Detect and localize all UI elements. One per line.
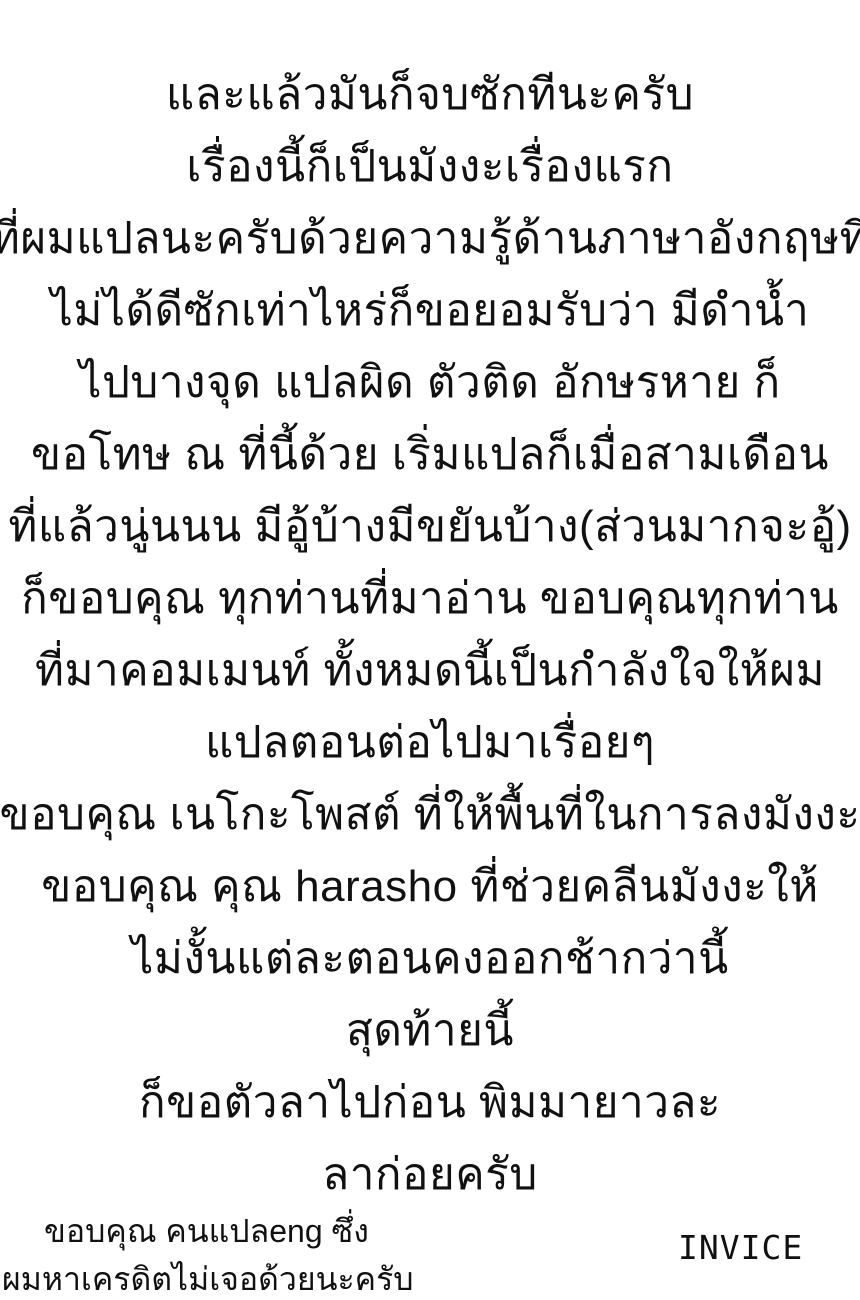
note-line: ที่แล้วนู่นนน มีอู้บ้างมีขยันบ้าง(ส่วนมา… (0, 490, 860, 562)
note-line: ขอบคุณ เนโกะโพสต์ ที่ให้พื้นที่ในการลงมั… (0, 778, 860, 850)
credit-footnote-line-1: ขอบคุณ คนแปลeng ซึ่ง (44, 1206, 369, 1257)
note-line: ก็ขอตัวลาไปก่อน พิมมายาวละ (0, 1066, 860, 1138)
note-line: สุดท้ายนี้ (0, 994, 860, 1066)
note-line: ที่มาคอมเมนท์ ทั้งหมดนี้เป็นกำลังใจให้ผม (0, 634, 860, 706)
note-line: ขอบคุณ คุณ harasho ที่ช่วยคลีนมังงะให้ (0, 850, 860, 922)
note-line: เรื่องนี้ก็เป็นมังงะเรื่องแรก (0, 130, 860, 202)
note-line: และแล้วมันก็จบซักทีนะครับ (0, 58, 860, 130)
credit-footnote-line-2: ผมหาเครดิตไม่เจอด้วยนะครับ (2, 1254, 414, 1300)
note-line: ที่ผมแปลนะครับด้วยความรู้ด้านภาษาอังกฤษท… (0, 202, 860, 274)
translator-signature: INVICE (678, 1228, 803, 1267)
note-line: ขอโทษ ณ ที่นี้ด้วย เริ่มแปลก็เมื่อสามเดื… (0, 418, 860, 490)
note-line: ก็ขอบคุณ ทุกท่านที่มาอ่าน ขอบคุณทุกท่าน (0, 562, 860, 634)
note-line: ไม่ได้ดีซักเท่าไหร่ก็ขอยอมรับว่า มีดำน้ำ (0, 274, 860, 346)
note-line: ไม่งั้นแต่ละตอนคงออกช้ากว่านี้ (0, 922, 860, 994)
translator-note-page: และแล้วมันก็จบซักทีนะครับ เรื่องนี้ก็เป็… (0, 0, 860, 1300)
note-line: ลาก่อยครับ (0, 1138, 860, 1210)
note-line: ไปบางจุด แปลผิด ตัวติด อักษรหาย ก็ (0, 346, 860, 418)
note-body: และแล้วมันก็จบซักทีนะครับ เรื่องนี้ก็เป็… (0, 58, 860, 1210)
note-line: แปลตอนต่อไปมาเรื่อยๆ (0, 706, 860, 778)
